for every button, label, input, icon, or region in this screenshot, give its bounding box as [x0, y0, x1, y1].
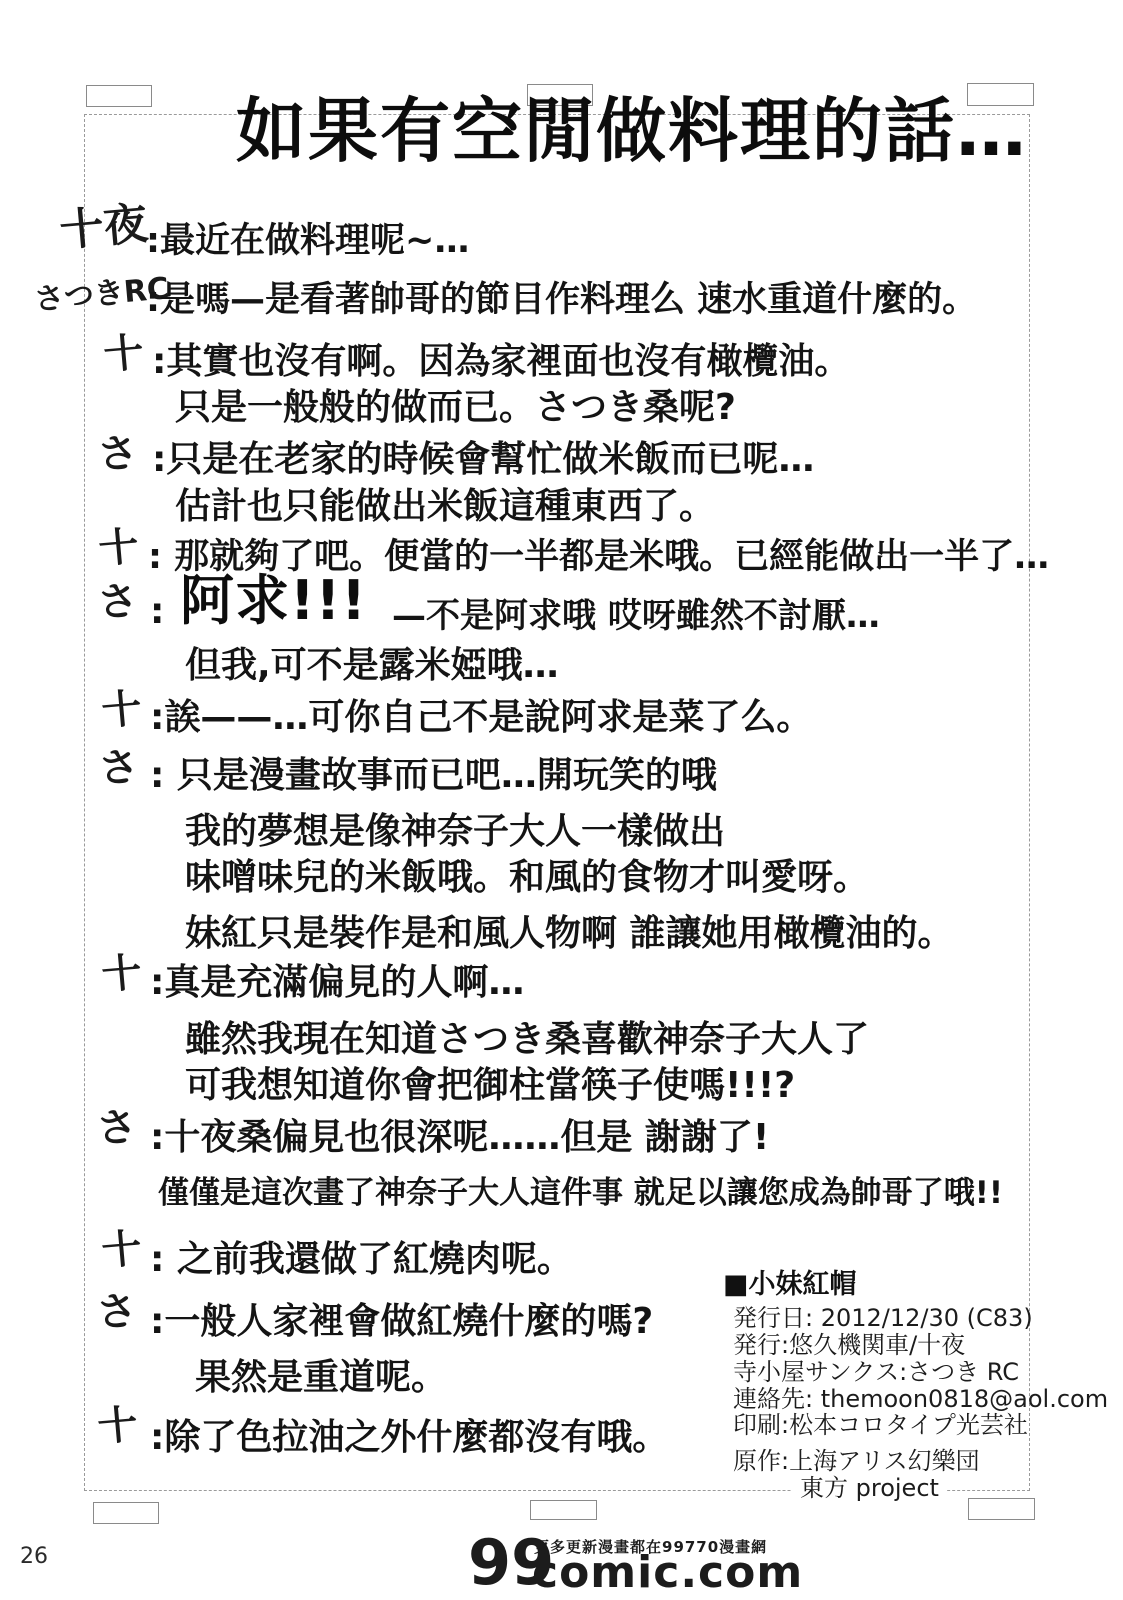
- dialogue-line: :一般人家裡會做紅燒什麼的嗎?: [150, 1302, 653, 1342]
- dialogue-line: 雖然我現在知道さつき桑喜歡神奈子大人了: [185, 1020, 869, 1060]
- speaker-label: さ: [96, 581, 139, 624]
- colophon-row: 寺小屋サンクス:さつき RC: [733, 1360, 1019, 1384]
- dialogue-shout: 阿求!!!: [180, 574, 367, 628]
- speaker-label: 十: [100, 1229, 143, 1272]
- colophon-row: 印刷:松本コロタイプ光芸社: [733, 1413, 1028, 1437]
- dialogue-line: 我的夢想是像神奈子大人一樣做出: [185, 812, 725, 852]
- dialogue-line: 果然是重道呢。: [195, 1358, 447, 1398]
- colophon-row: 原作:上海アリス幻樂団: [733, 1449, 980, 1473]
- dialogue-line: : 之前我還做了紅燒肉呢。: [150, 1240, 573, 1280]
- speaker-label: さ: [96, 433, 139, 476]
- dialogue-line: :是嗎—是看著帥哥的節目作料理么 速水重道什麼的。: [146, 281, 977, 320]
- dialogue-line: 可我想知道你會把御柱當筷子使嗎!!!?: [185, 1066, 795, 1106]
- dialogue-line: —不是阿求哦 哎呀雖然不討厭…: [392, 598, 880, 635]
- dialogue-line: :最近在做料理呢~…: [146, 222, 469, 261]
- watermark-domain: comic.com: [532, 1551, 803, 1595]
- dialogue-line: 估計也只能做出米飯這種東西了。: [175, 487, 715, 527]
- page-border-frame: [84, 114, 1030, 1491]
- speaker-label: 十: [97, 527, 140, 570]
- speaker-label: 十: [100, 689, 143, 732]
- dialogue-line: 妹紅只是裝作是和風人物啊 誰讓她用橄欖油的。: [185, 914, 954, 954]
- dialogue-line: :只是在老家的時候會幫忙做米飯而已呢…: [152, 440, 814, 480]
- speaker-label: 十: [102, 333, 145, 376]
- page-title: 如果有空閒做料理的話…: [236, 96, 1028, 166]
- speaker-label: 十: [96, 1405, 139, 1448]
- colophon-row: 発行日: 2012/12/30 (C83): [733, 1306, 1033, 1330]
- dialogue-line: :: [150, 592, 164, 632]
- registration-mark: [86, 85, 152, 107]
- dialogue-line: :其實也沒有啊。因為家裡面也沒有橄欖油。: [152, 342, 850, 382]
- dialogue-line: 只是一般般的做而已。さつき桑呢?: [175, 388, 736, 428]
- dialogue-line: :除了色拉油之外什麼都沒有哦。: [150, 1418, 668, 1458]
- speaker-label: 十夜: [58, 202, 149, 254]
- speaker-label: さ: [95, 1291, 138, 1334]
- colophon-book-title: ■小妹紅帽: [723, 1262, 857, 1301]
- dialogue-line: 但我,可不是露米婭哦…: [185, 646, 559, 686]
- colophon-row: 発行:悠久機関車/十夜: [733, 1333, 965, 1357]
- dialogue-line: 味噌味兒的米飯哦。和風的食物才叫愛呀。: [185, 858, 869, 898]
- dialogue-line: :十夜桑偏見也很深呢……但是 謝謝了!: [150, 1118, 769, 1158]
- page-number: 26: [20, 1544, 48, 1569]
- speaker-label: さ: [97, 747, 140, 790]
- registration-mark: [968, 1498, 1035, 1520]
- dialogue-line: :真是充滿偏見的人啊…: [150, 963, 524, 1003]
- dialogue-line: : 只是漫畫故事而已吧…開玩笑的哦: [150, 756, 717, 796]
- speaker-label: 十: [100, 953, 143, 996]
- registration-mark: [530, 1500, 597, 1520]
- dialogue-line: 僅僅是這次畫了神奈子大人這件事 就足以讓您成為帥哥了哦!!: [158, 1176, 1003, 1210]
- dialogue-line: :誒——…可你自己不是說阿求是菜了么。: [150, 698, 812, 738]
- colophon-row: 東方 project: [792, 1476, 947, 1500]
- registration-mark: [93, 1502, 159, 1524]
- colophon-row: 連絡先: themoon0818@aol.com: [733, 1387, 1108, 1411]
- speaker-label: さ: [95, 1107, 138, 1150]
